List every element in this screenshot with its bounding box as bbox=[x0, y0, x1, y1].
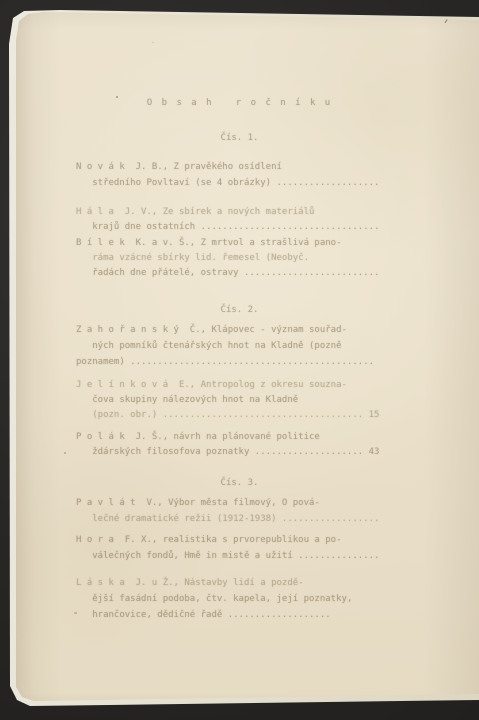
text-line: J e l í n k o v á E., Antropolog z okres… bbox=[76, 380, 421, 391]
text-line: P a v l á t V., Výbor města filmový, O p… bbox=[76, 498, 421, 509]
text-line: poznamem) ..............................… bbox=[76, 357, 421, 368]
text-line: hrančovice, dědičné řadě ...............… bbox=[76, 610, 421, 621]
text-line: středního Povltaví (se 4 obrázky) ......… bbox=[76, 178, 421, 189]
section-header: Čís. 1. bbox=[40, 133, 439, 144]
text-line: lečné dramatické režii (1912-1938) .....… bbox=[76, 514, 421, 525]
toc-title: O b s a h r o č n í k u bbox=[40, 98, 439, 109]
text-line: ných pomníků čtenářských hnot na Kladně … bbox=[76, 341, 421, 352]
paper-speck bbox=[152, 42, 154, 43]
section-header: Čís. 3. bbox=[40, 478, 439, 489]
text-line: ždárských filosofova poznatky ..........… bbox=[76, 447, 421, 458]
text-line: N o v á k J. B., Z pravěkého osídlení bbox=[76, 162, 421, 173]
book-page: 7 O b s a h r o č n í k uČís. 1.N o v á … bbox=[0, 0, 479, 720]
section-header: Čís. 2. bbox=[40, 305, 439, 316]
paper-speck bbox=[116, 96, 118, 98]
text-line: (pozn. obr.) ...........................… bbox=[76, 410, 421, 421]
text-line: válečných fondů, Hmě in mistě a užití ..… bbox=[76, 551, 421, 562]
text-line: H o r a F. X., realistika s prvorepublik… bbox=[76, 535, 421, 546]
text-line: čova skupiny nálezových hnot na Kladně bbox=[76, 395, 421, 406]
text-line: B í l e k K. a v. Š., Z mrtvol a strašli… bbox=[76, 238, 421, 249]
text-line: ráma vzácné sbírky lid. řemesel (Neobyč. bbox=[76, 253, 421, 264]
paper-speck bbox=[64, 452, 66, 454]
typewritten-text-block: O b s a h r o č n í k uČís. 1.N o v á k … bbox=[0, 0, 479, 720]
text-line: krajů dne ostatních ....................… bbox=[76, 222, 421, 233]
text-line: ější fasádní podoba, čtv. kapela, její p… bbox=[76, 594, 421, 605]
text-line: řadách dne přátelé, ostravy ............… bbox=[76, 268, 421, 279]
text-line: Z a h o ř a n s k ý Č., Klápovec - význa… bbox=[76, 325, 421, 336]
paper-speck bbox=[74, 612, 77, 614]
text-line: H á l a J. V., Ze sbírek a nových materi… bbox=[76, 207, 421, 218]
text-line: P o l á k J. Š., návrh na plánované poli… bbox=[76, 432, 421, 443]
scanned-book-photo: 7 O b s a h r o č n í k uČís. 1.N o v á … bbox=[0, 0, 479, 720]
text-line: L á s k a J. u Ž., Nástavby lidí a pozdě… bbox=[76, 578, 421, 589]
